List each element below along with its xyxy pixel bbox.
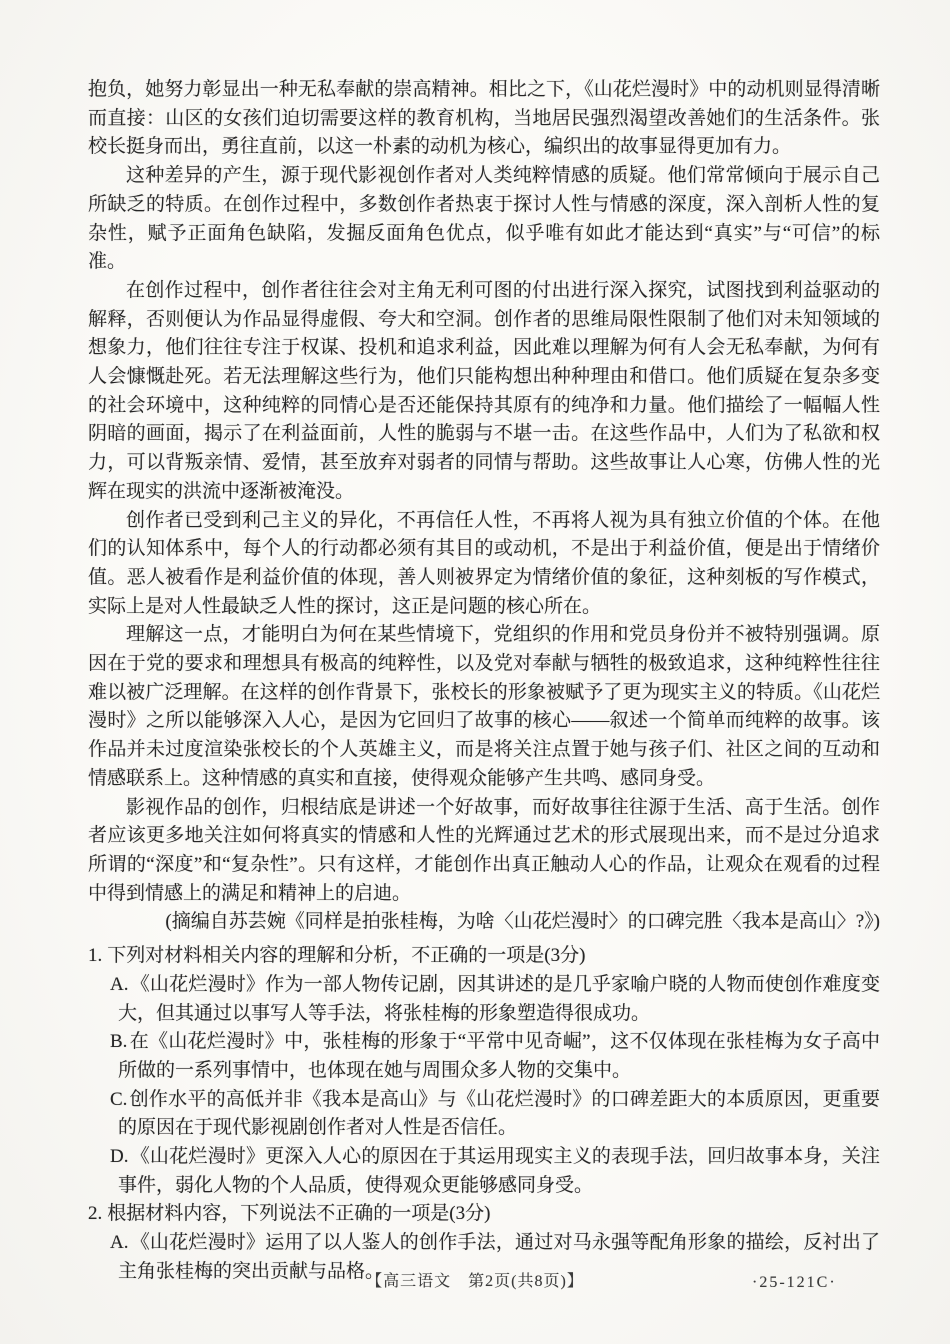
body-paragraph-3: 在创作过程中，创作者往往会对主角无利可图的付出进行深入探究，试图找到利益驱动的解… xyxy=(88,277,880,507)
question-1-stem-text: 下列对材料相关内容的理解和分析，不正确的一项是(3分) xyxy=(107,945,585,966)
question-2-stem: 2.根据材料内容，下列说法不正确的一项是(3分) xyxy=(88,1200,880,1229)
question-1-stem: 1.下列对材料相关内容的理解和分析，不正确的一项是(3分) xyxy=(88,942,880,971)
question-1-option-d: D.《山花烂漫时》更深入人心的原因在于其运用现实主义的表现手法，回归故事本身，关… xyxy=(110,1143,880,1200)
question-1-number: 1. xyxy=(88,945,102,966)
option-label-b: B. xyxy=(110,1031,127,1052)
option-text-d: 《山花烂漫时》更深入人心的原因在于其运用现实主义的表现手法，回归故事本身，关注事… xyxy=(118,1146,880,1196)
footer-paper-code: ·25-121C· xyxy=(752,1274,837,1292)
source-attribution: (摘编自苏芸婉《同样是拍张桂梅，为啥〈山花烂漫时〉的口碑完胜〈我本是高山〉?》) xyxy=(88,908,880,937)
option-text-a: 《山花烂漫时》作为一部人物传记剧，因其讲述的是几乎家喻户晓的人物而使创作难度变大… xyxy=(118,974,880,1024)
body-paragraph-4: 创作者已受到利己主义的异化，不再信任人性，不再将人视为具有独立价值的个体。在他们… xyxy=(88,507,880,622)
option-label-2a: A. xyxy=(110,1232,128,1253)
option-text-b: 在《山花烂漫时》中，张桂梅的形象于“平常中见奇崛”，这不仅体现在张桂梅为女子高中… xyxy=(118,1031,880,1081)
question-2-stem-text: 根据材料内容，下列说法不正确的一项是(3分) xyxy=(107,1203,490,1224)
question-1-option-c: C.创作水平的高低并非《我本是高山》与《山花烂漫时》的口碑差距大的本质原因，更重… xyxy=(110,1086,880,1143)
page-footer: 【高三语文 第2页(共8页)】 ·25-121C· xyxy=(0,1268,950,1291)
body-paragraph-2: 这种差异的产生，源于现代影视创作者对人类纯粹情感的质疑。他们常常倾向于展示自己所… xyxy=(88,162,880,277)
question-1-option-a: A.《山花烂漫时》作为一部人物传记剧，因其讲述的是几乎家喻户晓的人物而使创作难度… xyxy=(110,971,880,1028)
body-paragraph-6: 影视作品的创作，归根结底是讲述一个好故事，而好故事往往源于生活、高于生活。创作者… xyxy=(88,794,880,909)
option-label-d: D. xyxy=(110,1146,128,1167)
question-2-number: 2. xyxy=(88,1203,102,1224)
exam-page: 抱负，她努力彰显出一种无私奉献的崇高精神。相比之下，《山花烂漫时》中的动机则显得… xyxy=(0,0,950,1344)
question-1: 1.下列对材料相关内容的理解和分析，不正确的一项是(3分) A.《山花烂漫时》作… xyxy=(88,942,880,1200)
question-1-option-b: B.在《山花烂漫时》中，张桂梅的形象于“平常中见奇崛”，这不仅体现在张桂梅为女子… xyxy=(110,1028,880,1085)
exam-body: 抱负，她努力彰显出一种无私奉献的崇高精神。相比之下，《山花烂漫时》中的动机则显得… xyxy=(88,76,880,1287)
body-paragraph-1: 抱负，她努力彰显出一种无私奉献的崇高精神。相比之下，《山花烂漫时》中的动机则显得… xyxy=(88,76,880,162)
option-label-a: A. xyxy=(110,974,128,995)
body-paragraph-5: 理解这一点，才能明白为何在某些情境下，党组织的作用和党员身份并不被特别强调。原因… xyxy=(88,621,880,793)
option-label-c: C. xyxy=(110,1089,127,1110)
option-text-c: 创作水平的高低并非《我本是高山》与《山花烂漫时》的口碑差距大的本质原因，更重要的… xyxy=(118,1089,880,1139)
